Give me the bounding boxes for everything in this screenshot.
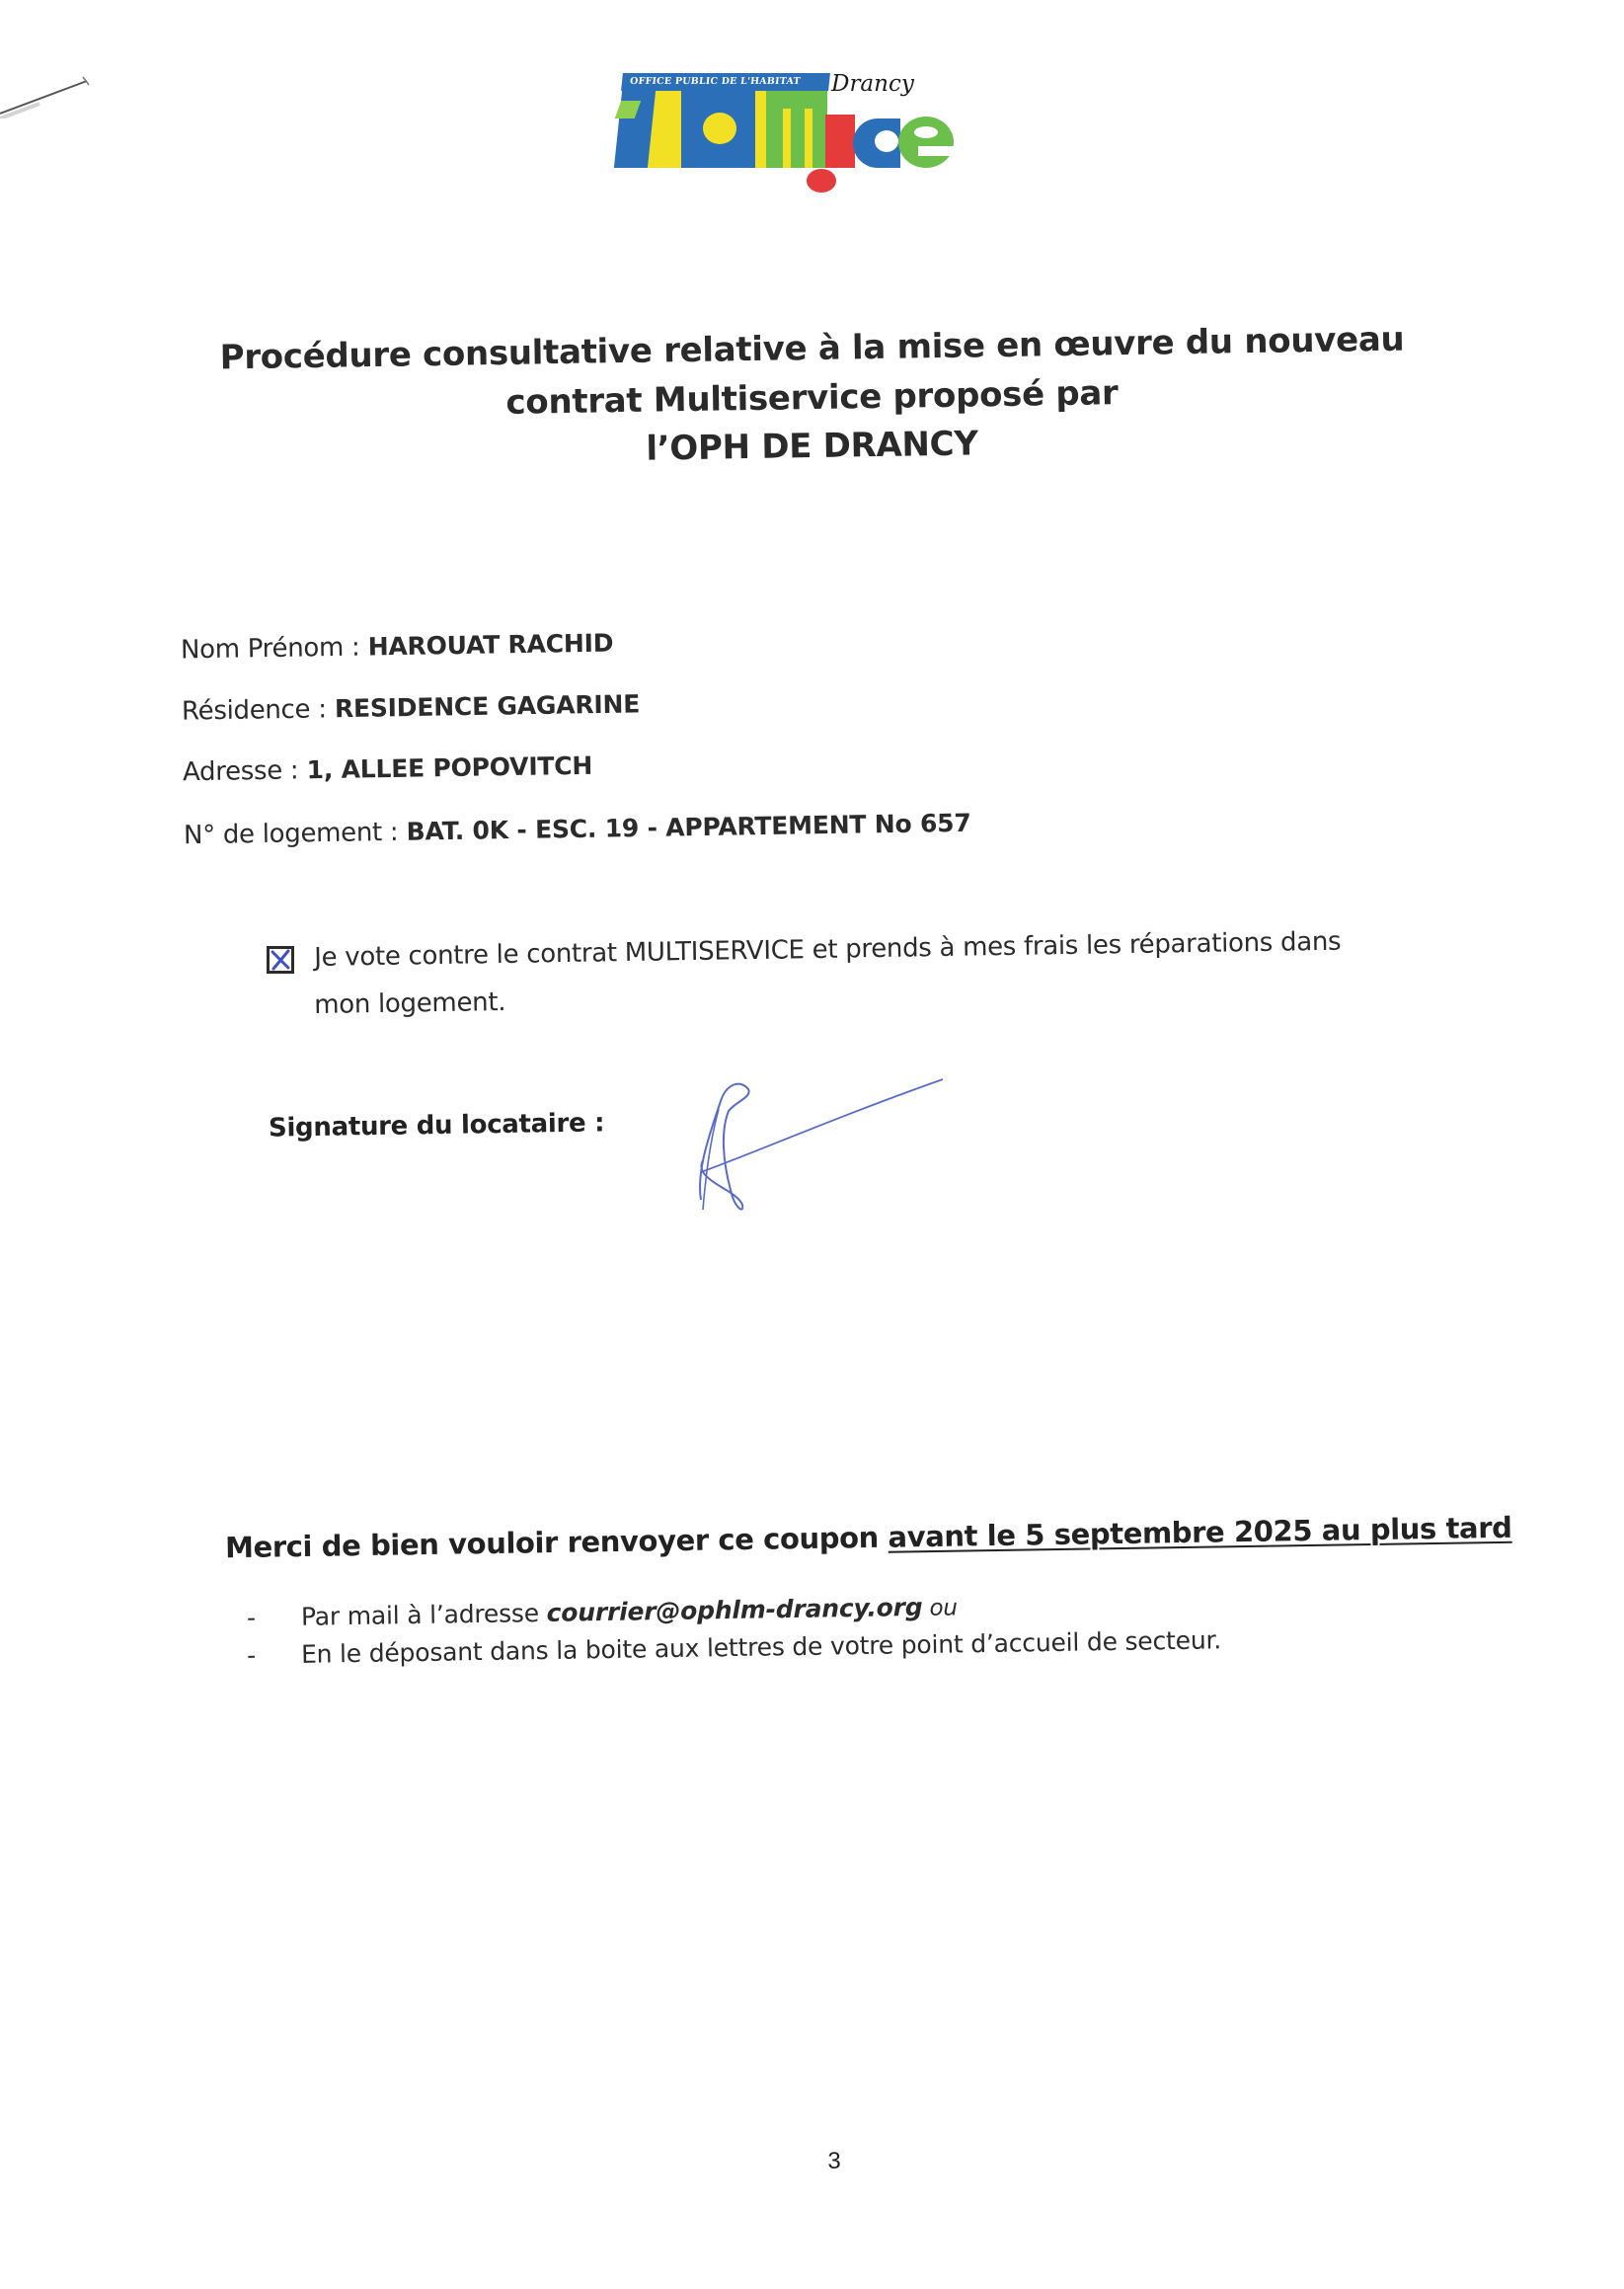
email-link[interactable]: courrier@ophlm-drancy.org (546, 1593, 922, 1627)
vote-text: Je vote contre le contrat MULTISERVICE e… (314, 927, 1341, 973)
list-item: -Par mail à l’adresse courrier@ophlm-dra… (247, 1592, 958, 1631)
logo-wordmark (622, 91, 958, 170)
field-name: Nom Prénom : HAROUAT RACHID (181, 629, 614, 666)
logo-band: OFFICE PUBLIC DE L'HABITAT (621, 73, 830, 91)
field-address: Adresse : 1, ALLEE POPOVITCH (183, 751, 593, 788)
field-label: Nom Prénom : (181, 633, 360, 666)
field-value: 1, ALLEE POPOVITCH (306, 751, 592, 785)
field-housing-number: N° de logement : BAT. 0K - ESC. 19 - APP… (184, 809, 971, 851)
logo-dot (807, 169, 836, 193)
vote-checkbox[interactable] (267, 946, 294, 974)
scan-mark-artifact (0, 59, 94, 118)
field-label: N° de logement : (184, 818, 399, 850)
list-item: -En le déposant dans la boite aux lettre… (247, 1625, 1221, 1670)
x-mark-icon (270, 949, 291, 971)
field-label: Résidence : (182, 694, 327, 726)
field-label: Adresse : (183, 755, 299, 787)
bullet-dash: - (247, 1640, 301, 1670)
field-value: BAT. 0K - ESC. 19 - APPARTEMENT No 657 (406, 809, 970, 846)
field-value: RESIDENCE GAGARINE (335, 689, 641, 723)
vote-text-continued: mon logement. (314, 987, 505, 1020)
signature-label: Signature du locataire : (269, 1108, 605, 1143)
field-value: HAROUAT RACHID (367, 629, 613, 662)
return-deadline: Merci de bien vouloir renvoyer ce coupon… (225, 1511, 1512, 1564)
bullet-dash: - (247, 1603, 301, 1632)
oph-drancy-logo: OFFICE PUBLIC DE L'HABITAT Drancy (622, 67, 967, 196)
page-number: 3 (0, 2148, 1624, 2175)
deadline-date: avant le 5 septembre 2025 au plus tard (888, 1511, 1511, 1554)
bullet-text: Par mail à l’adresse (301, 1599, 547, 1631)
field-residence: Résidence : RESIDENCE GAGARINE (182, 689, 641, 726)
deadline-prefix: Merci de bien vouloir renvoyer ce coupon (225, 1521, 889, 1565)
bullet-text: En le déposant dans la boite aux lettres… (301, 1625, 1221, 1669)
handwritten-signature (642, 1062, 958, 1229)
bullet-suffix: ou (922, 1595, 958, 1621)
